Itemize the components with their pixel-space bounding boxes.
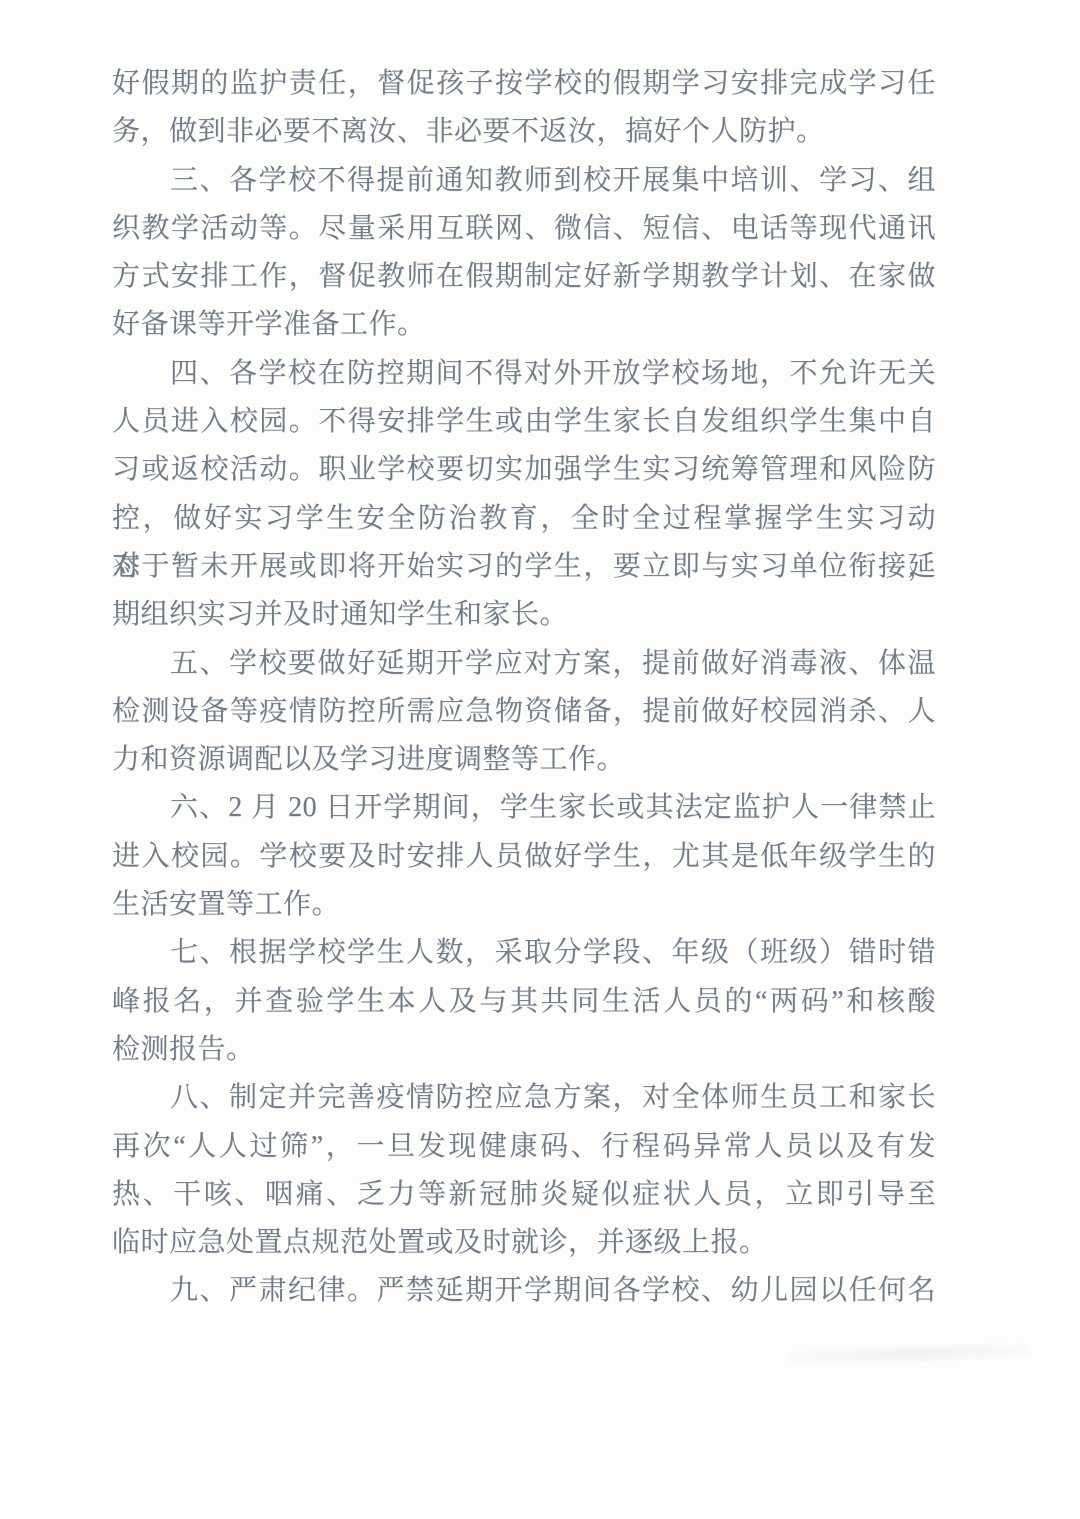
text-line: 好假期的监护责任，督促孩子按学校的假期学习安排完成学习任: [112, 60, 936, 108]
text-line: 热、干咳、咽痛、乏力等新冠肺炎疑似症状人员，立即引导至: [112, 1171, 936, 1219]
text-line: 检测报告。: [112, 1026, 936, 1074]
document-page: 好假期的监护责任，督促孩子按学校的假期学习安排完成学习任务，做到非必要不离汝、非…: [0, 0, 1080, 1519]
text-line: 期组织实习并及时通知学生和家长。: [112, 591, 936, 639]
text-line: 五、学校要做好延期开学应对方案，提前做好消毒液、体温: [112, 640, 936, 688]
text-line: 习或返校活动。职业学校要切实加强学生实习统筹管理和风险防: [112, 446, 936, 494]
text-line: 检测设备等疫情防控所需应急物资储备，提前做好校园消杀、人: [112, 688, 936, 736]
text-line: 力和资源调配以及学习进度调整等工作。: [112, 736, 936, 784]
text-line: 峰报名，并查验学生本人及与其共同生活人员的“两码”和核酸: [112, 978, 936, 1026]
text-line: 务，做到非必要不离汝、非必要不返汝，搞好个人防护。: [112, 108, 936, 156]
text-line: 方式安排工作，督促教师在假期制定好新学期教学计划、在家做: [112, 253, 936, 301]
text-line: 八、制定并完善疫情防控应急方案，对全体师生员工和家长: [112, 1074, 936, 1122]
text-line: 好备课等开学准备工作。: [112, 301, 936, 349]
text-line: 进入校园。学校要及时安排人员做好学生，尤其是低年级学生的: [112, 833, 936, 881]
text-line: 控，做好实习学生安全防治教育，全时全过程掌握学生实习动态，: [112, 495, 936, 543]
text-line: 生活安置等工作。: [112, 881, 936, 929]
text-line: 四、各学校在防控期间不得对外开放学校场地，不允许无关: [112, 350, 936, 398]
text-line: 对于暂未开展或即将开始实习的学生，要立即与实习单位衔接延: [112, 543, 936, 591]
text-line: 再次“人人过筛”，一旦发现健康码、行程码异常人员以及有发: [112, 1123, 936, 1171]
text-line: 七、根据学校学生人数，采取分学段、年级（班级）错时错: [112, 929, 936, 977]
document-body: 好假期的监护责任，督促孩子按学校的假期学习安排完成学习任务，做到非必要不离汝、非…: [112, 60, 936, 1316]
text-line: 三、各学校不得提前通知教师到校开展集中培训、学习、组: [112, 157, 936, 205]
text-line: 六、2 月 20 日开学期间，学生家长或其法定监护人一律禁止: [112, 784, 936, 832]
scan-artifact: [790, 1342, 1030, 1366]
text-line: 九、严肃纪律。严禁延期开学期间各学校、幼儿园以任何名: [112, 1267, 936, 1315]
text-line: 织教学活动等。尽量采用互联网、微信、短信、电话等现代通讯: [112, 205, 936, 253]
text-line: 人员进入校园。不得安排学生或由学生家长自发组织学生集中自: [112, 398, 936, 446]
text-line: 临时应急处置点规范处置或及时就诊，并逐级上报。: [112, 1219, 936, 1267]
